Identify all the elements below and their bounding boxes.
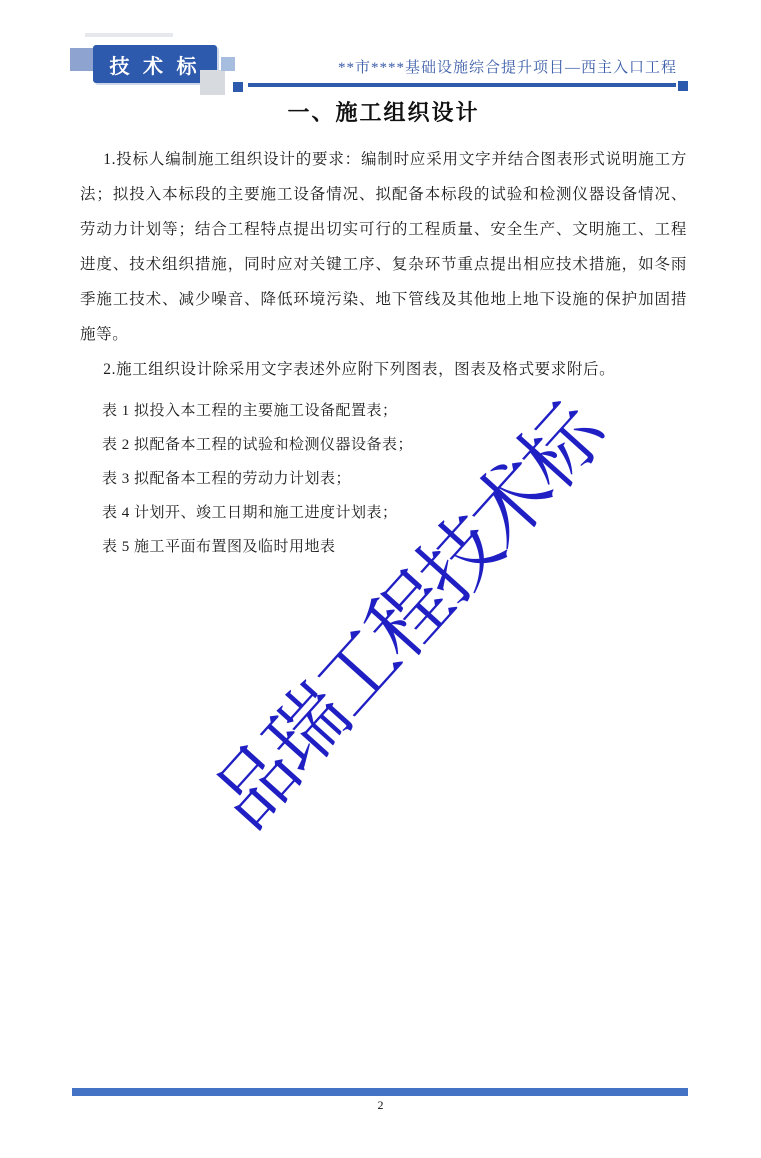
list-item-table-3: 表 3 拟配备本工程的劳动力计划表； xyxy=(102,462,687,496)
header-accent-strip xyxy=(85,33,173,37)
header-double-rule xyxy=(248,83,676,87)
brand-deco-square-light-blue xyxy=(221,57,235,71)
footer-rule-bar xyxy=(72,1088,688,1096)
document-page: 技 术 标 **市****基础设施综合提升项目—西主入口工程 一、施工组织设计 … xyxy=(0,0,761,1158)
brand-deco-square-small xyxy=(233,82,243,92)
project-title: **市****基础设施综合提升项目—西主入口工程 xyxy=(338,56,677,77)
paragraph-attachments-note: 2.施工组织设计除采用文字表述外应附下列图表，图表及格式要求附后。 xyxy=(80,352,687,387)
list-item-table-1: 表 1 拟投入本工程的主要施工设备配置表； xyxy=(102,394,687,428)
document-body: 一、施工组织设计 1.投标人编制施工组织设计的要求：编制时应采用文字并结合图表形… xyxy=(80,96,687,564)
list-item-table-4: 表 4 计划开、竣工日期和施工进度计划表； xyxy=(102,496,687,530)
brand-deco-square-gray xyxy=(200,70,225,95)
badge-label: 技 术 标 xyxy=(109,50,200,79)
rule-end-square xyxy=(678,81,688,91)
brand-deco-square-left xyxy=(70,48,93,71)
list-item-table-2: 表 2 拟配备本工程的试验和检测仪器设备表； xyxy=(102,428,687,462)
paragraph-requirements: 1.投标人编制施工组织设计的要求：编制时应采用文字并结合图表形式说明施工方法；拟… xyxy=(80,142,687,352)
list-item-table-5: 表 5 施工平面布置图及临时用地表 xyxy=(102,530,687,564)
page-number: 2 xyxy=(0,1098,761,1113)
section-title: 一、施工组织设计 xyxy=(80,96,687,130)
attachment-table-list: 表 1 拟投入本工程的主要施工设备配置表； 表 2 拟配备本工程的试验和检测仪器… xyxy=(80,394,687,564)
technical-bid-badge: 技 术 标 xyxy=(93,45,217,83)
